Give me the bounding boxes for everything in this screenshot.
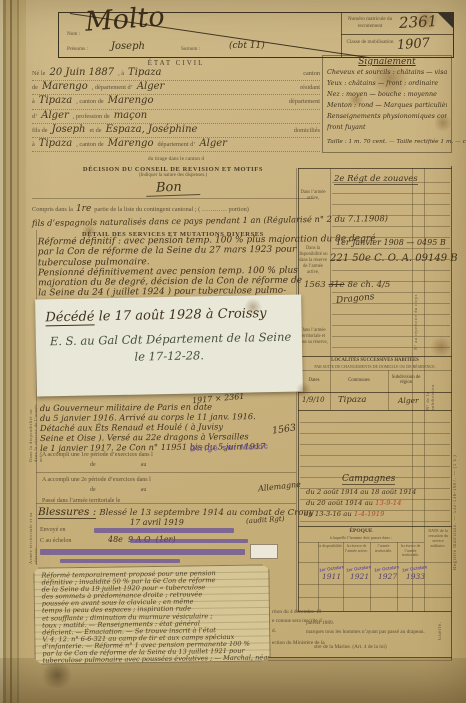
rule-line — [298, 526, 452, 527]
printed-echelon: C au échelon — [40, 538, 71, 544]
text-segment: , à — [118, 70, 124, 77]
text-segment: canton — [303, 70, 320, 77]
localites-col-dates: Dates — [298, 378, 330, 383]
epoque-title: ÉPOQUE — [298, 528, 424, 534]
rule-line — [298, 370, 452, 371]
text-segment: département — [289, 98, 320, 105]
text-segment: 8e ch. — [348, 280, 374, 290]
text-segment: fils de — [32, 127, 48, 134]
label-chip — [250, 544, 278, 559]
stamp-bar — [94, 528, 234, 533]
blessures-section: Blessures :Blessé le 13 septembre 1914 a… — [38, 506, 300, 519]
text-segment: d’ — [32, 113, 37, 120]
note-right: janvier 1889. — [306, 620, 334, 626]
text-segment: Espaza, Joséphine — [106, 124, 198, 135]
etat-civil-line: àTipaza, canton deMarengodépartement d’A… — [32, 138, 320, 152]
matricule-value: 2361 — [399, 12, 438, 32]
rule-line — [36, 503, 296, 504]
text-segment: du 13-3-16 au — [304, 510, 354, 518]
compris-line: Compris dans la1repartie de la liste du … — [32, 204, 314, 214]
text-segment: résidant — [300, 84, 320, 91]
decision-title: DÉCISION DU CONSEIL DE REVISION ET MOTIF… — [32, 166, 314, 173]
epoque-col-header: l’armée territoriale. — [370, 544, 397, 553]
surnom-value: (cbt 11) — [229, 41, 265, 51]
signalement-box: Signalement Cheveux et sourcils : châtai… — [322, 55, 452, 153]
printed-period2: A accompli une 2e période d’exercices da… — [42, 477, 151, 483]
nom-label: Nom : — [67, 31, 80, 38]
text-segment: Alger — [199, 138, 227, 149]
deces-line1-rest: le 17 août 1928 à Croissy — [99, 306, 267, 324]
signalement-line: Cheveux et sourcils : châtains — visage … — [327, 67, 447, 78]
epoque-year: 1927 — [378, 572, 397, 581]
epoque-year: 1921 — [350, 572, 369, 581]
text-segment: partie de la liste du contingent cantona… — [94, 206, 249, 213]
localites-col-communes: Communes — [330, 378, 388, 383]
corps-row2: 221 50e C. O. A. 09149 B — [330, 253, 458, 264]
text-segment: Tipaza — [128, 67, 161, 78]
campagnes-side-note: Allemagne — [258, 480, 302, 493]
printed-envoye: Envoyé en — [40, 527, 66, 533]
corps-label-active: Dans l’armée active, — [298, 190, 328, 202]
text-segment: , profession de — [73, 113, 110, 120]
margin-registre-label: Registre matricule. — 532-136-1907. — (1… — [453, 320, 458, 570]
corps-label-reserve: Dans la disponibilité ou dans la réserve… — [298, 246, 328, 277]
text-segment: 13-9-14 — [375, 499, 401, 507]
epoque-year: 1933 — [406, 572, 425, 581]
rule-line — [451, 166, 452, 660]
printed-de-au: de au — [90, 462, 146, 468]
corps-row3: 156331e8e ch.4/5 — [304, 280, 390, 290]
etat-civil-section: ÉTAT CIVIL Né le20 Juin 1887, àTipazacan… — [32, 59, 320, 162]
signalement-title: Signalement — [327, 57, 447, 67]
text-segment: Tipaza — [39, 138, 72, 149]
text-segment: Né le — [32, 70, 45, 77]
localites-row-date: 1/9/10 — [302, 396, 325, 404]
prenoms-label: Prénoms : — [67, 46, 88, 53]
text-segment: 1563 — [304, 280, 326, 290]
margin-left-label1: Dans la disponibilité ou dans la réserve… — [28, 398, 43, 462]
margin-guerre-label: Guerre. — [438, 606, 443, 640]
ruled-area — [300, 412, 450, 524]
text-segment: 1-4-1919 — [354, 510, 385, 518]
corps-title: 2e Régt de zouaves — [334, 174, 418, 185]
etat-civil-footnote: du tirage dans le canton d — [32, 156, 320, 162]
rule-line — [298, 562, 452, 563]
deces-line2: E. S. au Gal Cdt Département de la Seine — [50, 329, 302, 348]
rule-line — [298, 542, 424, 543]
text-segment: 31e — [329, 280, 345, 290]
deces-word: Décédé — [45, 309, 94, 326]
header-divider-h — [341, 34, 453, 35]
decision-annotation: fils d’espagnols naturalisés dans ce pay… — [32, 214, 314, 228]
rule-line — [298, 584, 452, 585]
note-right: stre de la Marine. (Art. 4 de la loi) — [314, 644, 387, 650]
header-divider — [341, 13, 342, 57]
prenoms-value: Joseph — [111, 41, 145, 52]
campagnes-line: du 20 août 1914 au 13-9-14 — [306, 499, 401, 507]
epoque-col-header: la disponibilité. — [318, 544, 343, 549]
decision-section: DÉCISION DU CONSEIL DE REVISION ET MOTIF… — [32, 166, 314, 238]
etat-civil-title: ÉTAT CIVIL — [32, 59, 320, 67]
stamp-bar — [130, 539, 248, 543]
epoque-col-header: la réserve de l’armée territoriale. — [397, 544, 424, 558]
note-fragment: d. — [272, 628, 276, 634]
margin-number: 1563 — [271, 422, 296, 436]
deces-line1: Décédé le 17 août 1928 à Croissy — [35, 294, 301, 325]
text-segment: de — [32, 84, 38, 91]
localites-col-subdivision: Subdivision de région — [388, 375, 424, 385]
rule-line — [32, 198, 314, 199]
signalement-line: Yeux : châtains — front : ordinaire — [327, 78, 447, 89]
text-segment: 1re — [76, 204, 91, 214]
epoque-subtitle: à laquelle l’homme doit passer dans : — [298, 535, 424, 540]
registre-matricule-page: Nom : Molto Prénoms : Joseph Surnom : (c… — [0, 0, 466, 703]
text-segment: du 2 août 1914 au 18 août 1914 — [306, 488, 416, 496]
etat-civil-line: fils deJosephet deEspaza, Joséphinedomic… — [32, 124, 320, 138]
localites-row-commune: Tipaza — [338, 395, 366, 405]
reforme-slip: Réformé temporairement proposé pour une … — [33, 564, 270, 664]
signalement-line: Menton : rond — Marques particulières : — [327, 100, 447, 111]
matricule-label: Numéro matricule du recrutement — [344, 16, 396, 29]
localites-row-subdivision: Alger — [398, 396, 419, 405]
campagnes-line: du 2 août 1914 au 18 août 1914 — [306, 488, 416, 496]
text-segment: département d’ — [157, 141, 195, 148]
rule-line — [298, 392, 452, 393]
text-segment: Marengo — [108, 138, 154, 149]
corps-row1: 1er Janvier 1908 — 0495 B — [336, 238, 446, 247]
text-segment: à — [32, 98, 35, 105]
nom-value: Molto — [84, 1, 166, 37]
text-segment: Joseph — [52, 124, 86, 135]
blessures-date: 17 avril 1919 — [130, 518, 184, 527]
signalement-line: Renseignements physionomiques complément… — [327, 111, 447, 122]
text-segment: Marengo — [42, 81, 88, 92]
signalement-line: Nez : moyen — bouche : moyenne — [327, 89, 447, 100]
page-bottom-shade — [0, 658, 466, 703]
text-segment: du 20 août 1914 au — [306, 499, 375, 507]
taille-line: Taille : 1 m. 70 cent. — Taille rectifié… — [327, 139, 447, 145]
text-segment: , département d’ — [92, 84, 133, 91]
text-segment: Blessures : — [38, 506, 96, 519]
localites-title2: PAR SUITE DE CHANGEMENTS DE DOMICILE OU … — [298, 364, 452, 369]
classe-value: 1907 — [397, 36, 431, 53]
text-segment: Tipaza — [39, 95, 72, 106]
rule-line — [298, 410, 452, 411]
campagnes-title: Campagnes — [342, 474, 395, 485]
ruled-area — [332, 172, 450, 356]
text-segment: , canton de — [76, 98, 103, 105]
text-segment: et de — [90, 127, 102, 134]
etat-civil-line: Né le20 Juin 1887, àTipazacanton — [32, 67, 320, 81]
rule-line — [298, 597, 452, 598]
etat-civil-line: deMarengo, département d’Algerrésidant — [32, 81, 320, 95]
etat-civil-line: àTipaza, canton deMarengodépartement — [32, 95, 320, 109]
text-segment: Alger — [41, 110, 69, 121]
corps-strip-label: N° au répertoire du corps — [413, 180, 418, 350]
epoque-date-col: DATE de la cessation du service militair… — [425, 528, 451, 548]
etat-civil-line: d’Alger, profession demaçon — [32, 110, 320, 124]
page-binding-edge — [0, 0, 26, 703]
printed-de-au2: de au — [90, 487, 146, 493]
printed-period1: A accompli une 1re période d’exercices d… — [42, 452, 153, 458]
corps-column: 2e Régt de zouaves Dans l’armée active, … — [298, 168, 452, 612]
blessures-note: (audit Rgt) — [246, 515, 285, 526]
text-segment: Marengo — [108, 95, 154, 106]
campagnes-line: du 13-3-16 au 1-4-1919 — [304, 510, 384, 518]
margin-left-label2: Armée territoriale et sa réserve. — [28, 500, 38, 564]
signalement-line: front fuyant — [327, 122, 447, 133]
text-segment: 4/5 — [377, 280, 391, 290]
header-box: Nom : Molto Prénoms : Joseph Surnom : (c… — [58, 12, 454, 58]
rule-line — [298, 356, 452, 357]
text-segment: Compris dans la — [32, 206, 73, 213]
text-segment: Alger — [137, 81, 165, 92]
epoque-year: 1911 — [322, 572, 341, 581]
rule-line — [318, 542, 319, 611]
text-segment: 20 Juin 1887 — [49, 67, 114, 78]
rule-line — [36, 472, 296, 473]
stamp-bar — [60, 559, 180, 563]
text-segment: , canton de — [76, 141, 103, 148]
rule-line — [388, 370, 389, 410]
corner-mark — [438, 13, 453, 28]
classe-label: Classe de mobilisation — [344, 39, 396, 46]
localites-title1: LOCALITÉS SUCCESSIVES HABITÉES — [298, 358, 452, 363]
localites-strip-label: N° de la subdivision. — [425, 372, 435, 410]
text-segment: à — [32, 141, 35, 148]
corps-label-territoriale: Dans l’armée territoriale et dans sa rés… — [298, 328, 328, 346]
stamp-bar — [40, 549, 245, 555]
surnom-label: Surnom : — [181, 46, 200, 53]
deces-slip: Décédé le 17 août 1928 à Croissy E. S. a… — [35, 294, 303, 396]
note-right: marques tous les hommes n’ayant pas pass… — [306, 629, 425, 635]
maroc-stamp: Dirigé sur Maroc — [190, 442, 269, 454]
decision-value: Bon — [146, 179, 200, 197]
text-segment: maçon — [114, 110, 148, 121]
epoque-col-header: la réserve de l’armée active. — [343, 544, 370, 553]
rule-line — [298, 168, 452, 169]
deces-line3: le 17-12-28. — [36, 346, 302, 365]
text-segment: domiciliés — [294, 127, 320, 134]
